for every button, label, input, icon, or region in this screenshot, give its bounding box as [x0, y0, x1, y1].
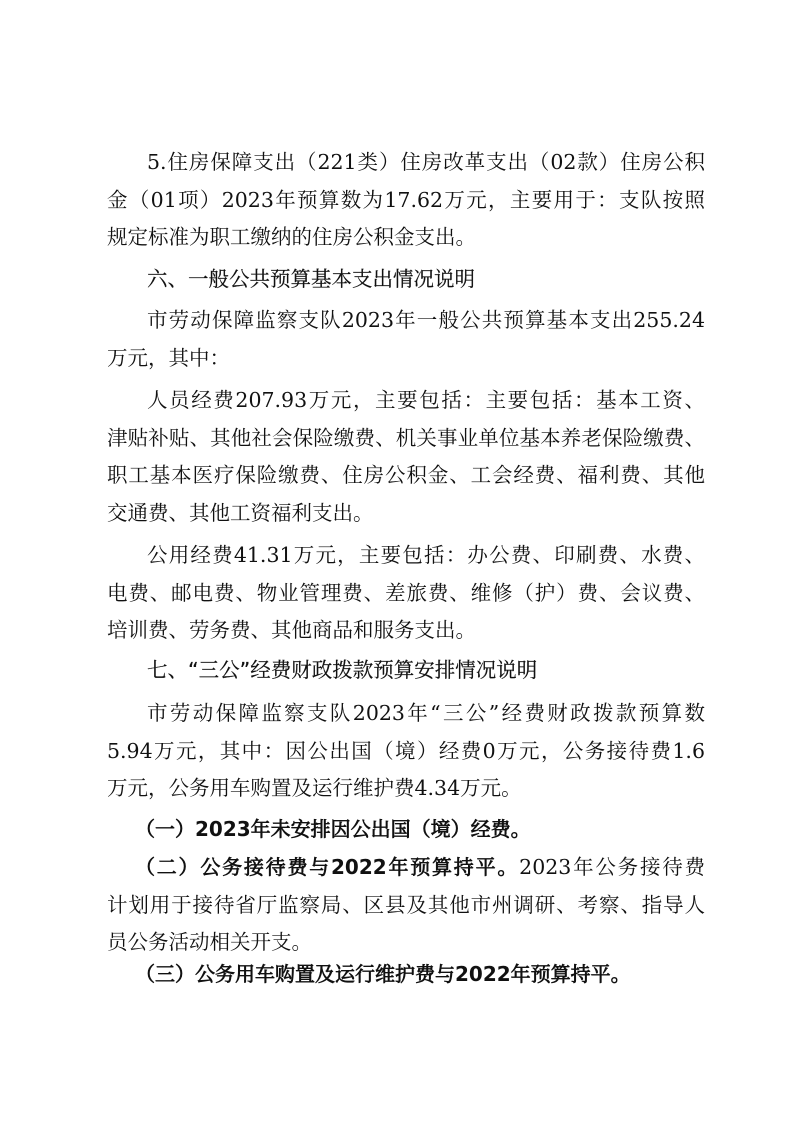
subsection-item-3: （三）公务用车购置及运行维护费与2022年预算持平。	[135, 956, 693, 992]
section-heading: 六、一般公共预算基本支出情况说明	[147, 261, 705, 297]
paragraph-line: 万元，其中：	[107, 340, 705, 376]
paragraph-line: 职工基本医疗保险缴费、住房公积金、工会经费、福利费、其他	[107, 457, 705, 493]
paragraph-line: 规定标准为职工缴纳的住房公积金支出。	[107, 219, 705, 255]
paragraph-line: 人员经费207.93万元，主要包括：主要包括：基本工资、	[147, 382, 705, 418]
paragraph-line: 津贴补贴、其他社会保险缴费、机关事业单位基本养老保险缴费、	[107, 420, 705, 456]
paragraph-line: 公用经费41.31万元，主要包括：办公费、印刷费、水费、	[147, 537, 705, 573]
subsection-item-2-rest: 2023年公务接待费	[519, 855, 705, 879]
subsection-item-2-first-line: （二）公务接待费与2022年预算持平。2023年公务接待费	[135, 849, 705, 885]
paragraph-line: 培训费、劳务费、其他商品和服务支出。	[107, 612, 705, 648]
paragraph-line: 万元，公务用车购置及运行维护费4.34万元。	[107, 770, 705, 806]
paragraph-line: 金（01项）2023年预算数为17.62万元，主要用于：支队按照	[107, 182, 705, 218]
section-heading: 七、“三公”经费财政拨款预算安排情况说明	[147, 652, 705, 688]
paragraph-line: 5.住房保障支出（221类）住房改革支出（02款）住房公积	[147, 144, 705, 180]
paragraph-line: 5.94万元，其中：因公出国（境）经费0万元，公务接待费1.6	[107, 733, 705, 769]
subsection-item-2-lead: （二）公务接待费与2022年预算持平。	[135, 855, 519, 879]
paragraph-line: 交通费、其他工资福利支出。	[107, 495, 705, 531]
paragraph-line: 市劳动保障监察支队2023年“三公”经费财政拨款预算数	[147, 695, 705, 731]
document-page: 5.住房保障支出（221类）住房改革支出（02款）住房公积 金（01项）2023…	[0, 0, 793, 1122]
paragraph-line: 市劳动保障监察支队2023年一般公共预算基本支出255.24	[147, 302, 705, 338]
paragraph-line: 员公务活动相关开支。	[107, 924, 705, 960]
subsection-item-1: （一）2023年未安排因公出国（境）经费。	[135, 811, 693, 847]
paragraph-line: 电费、邮电费、物业管理费、差旅费、维修（护）费、会议费、	[107, 575, 705, 611]
paragraph-line: 计划用于接待省厅监察局、区县及其他市州调研、考察、指导人	[107, 887, 705, 923]
